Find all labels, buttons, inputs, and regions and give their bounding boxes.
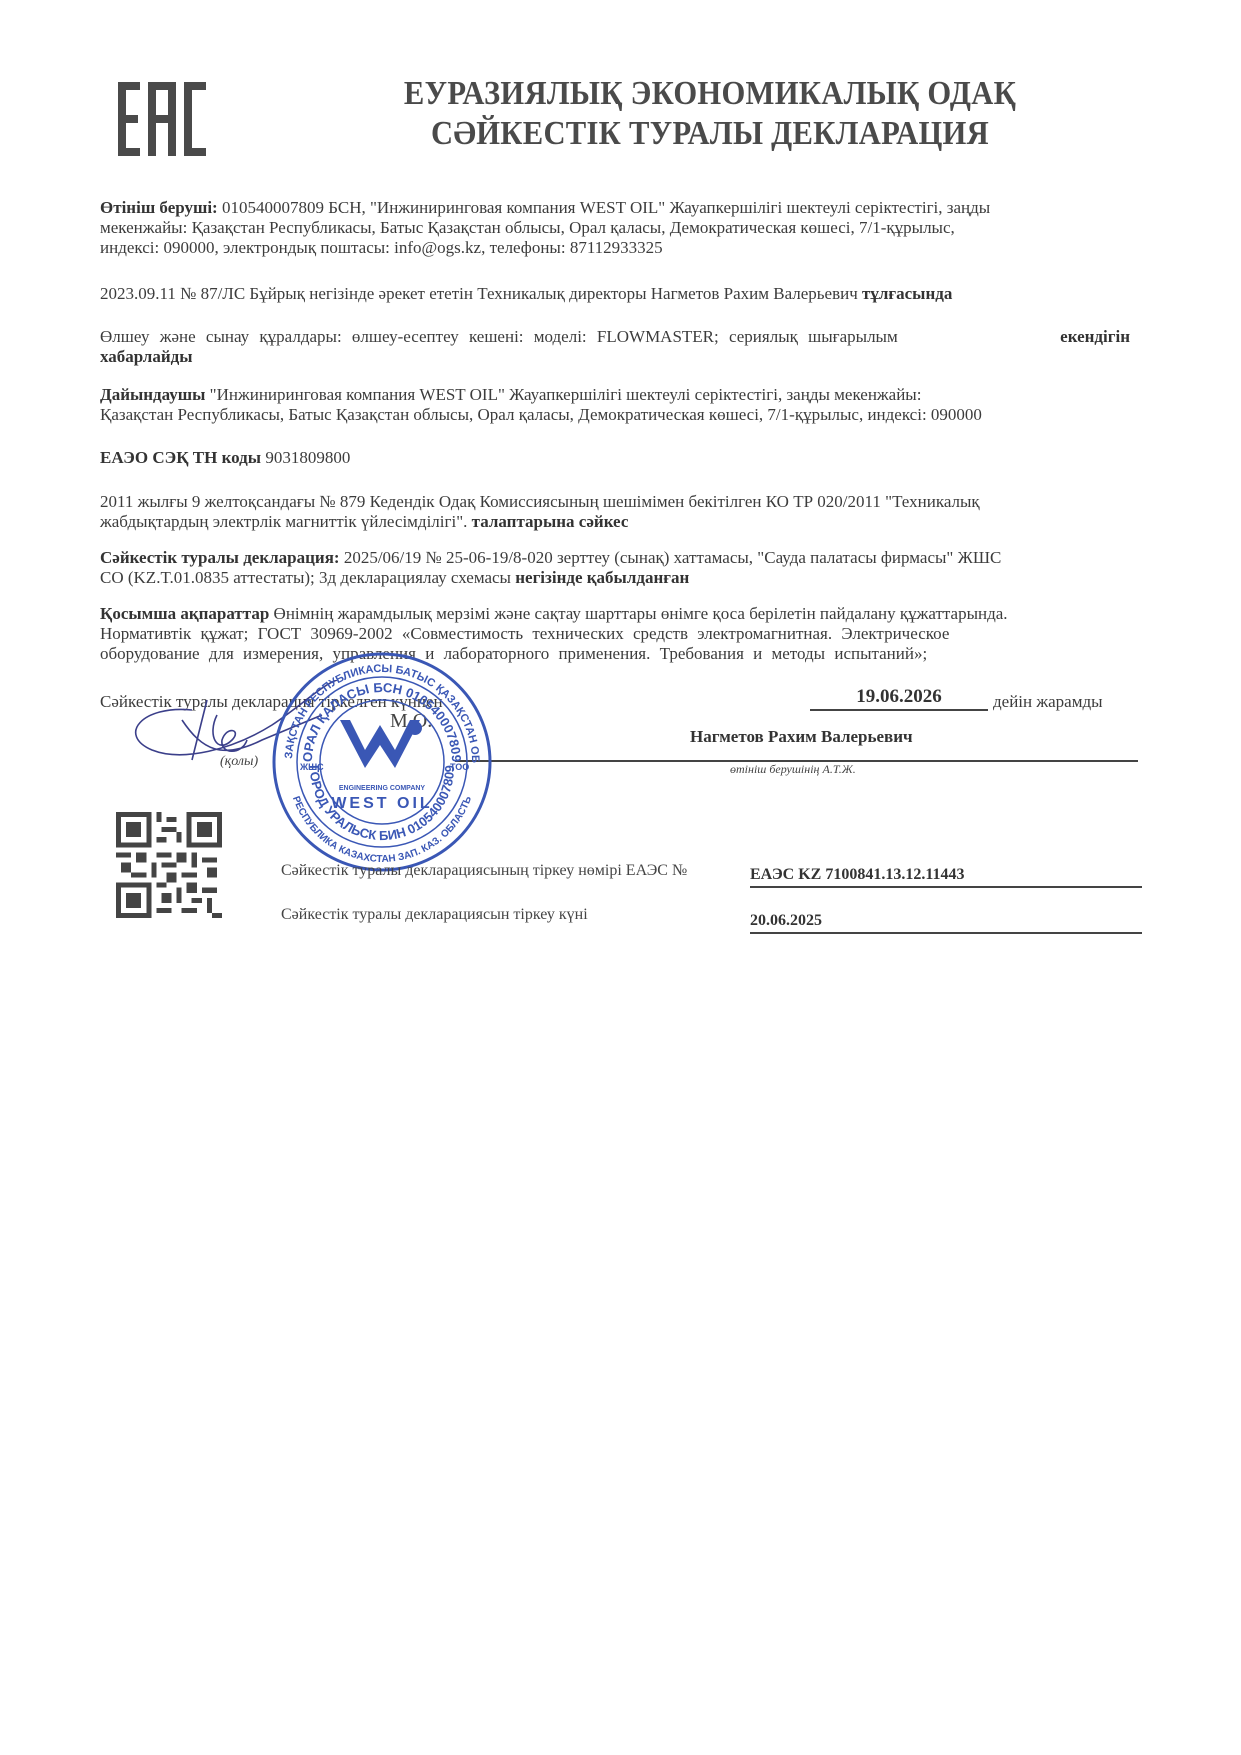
- title-line-2: СӘЙКЕСТІК ТУРАЛЫ ДЕКЛАРАЦИЯ: [341, 114, 1079, 154]
- declaration-text-2: СО (KZ.T.01.0835 аттестаты); 3д декларац…: [100, 568, 515, 587]
- product-section: Өлшеу және сынау құралдары: өлшеу-есепте…: [100, 327, 1150, 367]
- regulation-text-2: жабдықтардың электрлік магниттік үйлесім…: [100, 512, 472, 531]
- validity-suffix: дейін жарамды: [993, 692, 1103, 712]
- registration-date-value: 20.06.2025: [750, 912, 1142, 934]
- signatory-name: Нагметов Рахим Валерьевич: [690, 727, 913, 747]
- signatory-name-caption: өтініш берушінің А.Т.Ж.: [730, 762, 856, 777]
- regulation-section: 2011 жылғы 9 желтоқсандағы № 879 Кеденді…: [100, 492, 1150, 532]
- product-bold-2: хабарлайды: [100, 347, 193, 366]
- manufacturer-section: Дайындаушы "Инжиниринговая компания WEST…: [100, 385, 1150, 425]
- manufacturer-text: "Инжиниринговая компания WEST OIL" Жауап…: [205, 385, 921, 404]
- normative-doc-text-2: оборудование для измерения, управления и…: [100, 644, 1150, 664]
- registration-number-label: Сәйкестік туралы декларациясының тіркеу …: [281, 862, 687, 880]
- company-stamp: ҚАЗАҚСТАН РЕСПУБЛИКАСЫ БАТЫС ҚАЗАҚСТАН О…: [270, 650, 495, 875]
- product-text: Өлшеу және сынау құралдары: өлшеу-есепте…: [100, 327, 898, 347]
- regulation-bold: талаптарына сәйкес: [472, 512, 629, 531]
- registration-date-label: Сәйкестік туралы декларациясын тіркеу кү…: [281, 906, 588, 924]
- tn-code-section: ЕАЭО СЭҚ ТН коды 9031809800: [100, 448, 1150, 468]
- normative-doc-text: Нормативтік құжат; ГОСТ 30969-2002 «Совм…: [100, 624, 1150, 644]
- svg-text:WEST OIL: WEST OIL: [331, 795, 432, 812]
- eac-logo: [118, 82, 206, 156]
- svg-text:ТОО: ТОО: [450, 762, 469, 772]
- additional-info-section: Қосымша ақпараттар Өнімнің жарамдылық ме…: [100, 604, 1150, 664]
- representative-bold: тұлғасында: [862, 284, 952, 303]
- regulation-text: 2011 жылғы 9 желтоқсандағы № 879 Кеденді…: [100, 492, 1150, 512]
- title-line-1: ЕУРАЗИЯЛЫҚ ЭКОНОМИКАЛЫҚ ОДАҚ: [341, 74, 1079, 114]
- representative-text: 2023.09.11 № 87/ЛС Бұйрық негізінде әрек…: [100, 284, 862, 303]
- product-bold-1: екендігін: [1060, 327, 1130, 347]
- declaration-text: 2025/06/19 № 25-06-19/8-020 зерттеу (сын…: [340, 548, 1002, 567]
- applicant-address: мекенжайы: Қазақстан Республикасы, Батыс…: [100, 218, 1150, 238]
- manufacturer-address: Қазақстан Республикасы, Батыс Қазақстан …: [100, 405, 1150, 425]
- signature-caption: (қолы): [220, 754, 258, 770]
- registration-number-value: ЕАЭС KZ 7100841.13.12.11443: [750, 866, 1142, 888]
- declaration-bold: негізінде қабылданған: [515, 568, 689, 587]
- declaration-basis-section: Сәйкестік туралы декларация: 2025/06/19 …: [100, 548, 1150, 588]
- declaration-label: Сәйкестік туралы декларация:: [100, 548, 340, 567]
- representative-section: 2023.09.11 № 87/ЛС Бұйрық негізінде әрек…: [100, 284, 1150, 304]
- svg-text:ENGINEERING COMPANY: ENGINEERING COMPANY: [339, 785, 426, 792]
- qr-code[interactable]: [116, 812, 222, 918]
- validity-date: 19.06.2026: [810, 686, 988, 711]
- applicant-label: Өтініш беруші:: [100, 198, 218, 217]
- manufacturer-label: Дайындаушы: [100, 385, 205, 404]
- additional-label: Қосымша ақпараттар: [100, 604, 269, 623]
- applicant-text: 010540007809 БСН, "Инжиниринговая компан…: [218, 198, 990, 217]
- tn-code-label: ЕАЭО СЭҚ ТН коды: [100, 448, 261, 467]
- svg-text:ЖШС: ЖШС: [299, 762, 324, 772]
- applicant-section: Өтініш беруші: 010540007809 БСН, "Инжини…: [100, 198, 1150, 258]
- applicant-contacts: индексі: 090000, электрондық поштасы: in…: [100, 238, 1150, 258]
- additional-text: Өнімнің жарамдылық мерзімі және сақтау ш…: [269, 604, 1007, 623]
- tn-code-value: 9031809800: [261, 448, 350, 467]
- document-title: ЕУРАЗИЯЛЫҚ ЭКОНОМИКАЛЫҚ ОДАҚ СӘЙКЕСТІК Т…: [341, 74, 1079, 154]
